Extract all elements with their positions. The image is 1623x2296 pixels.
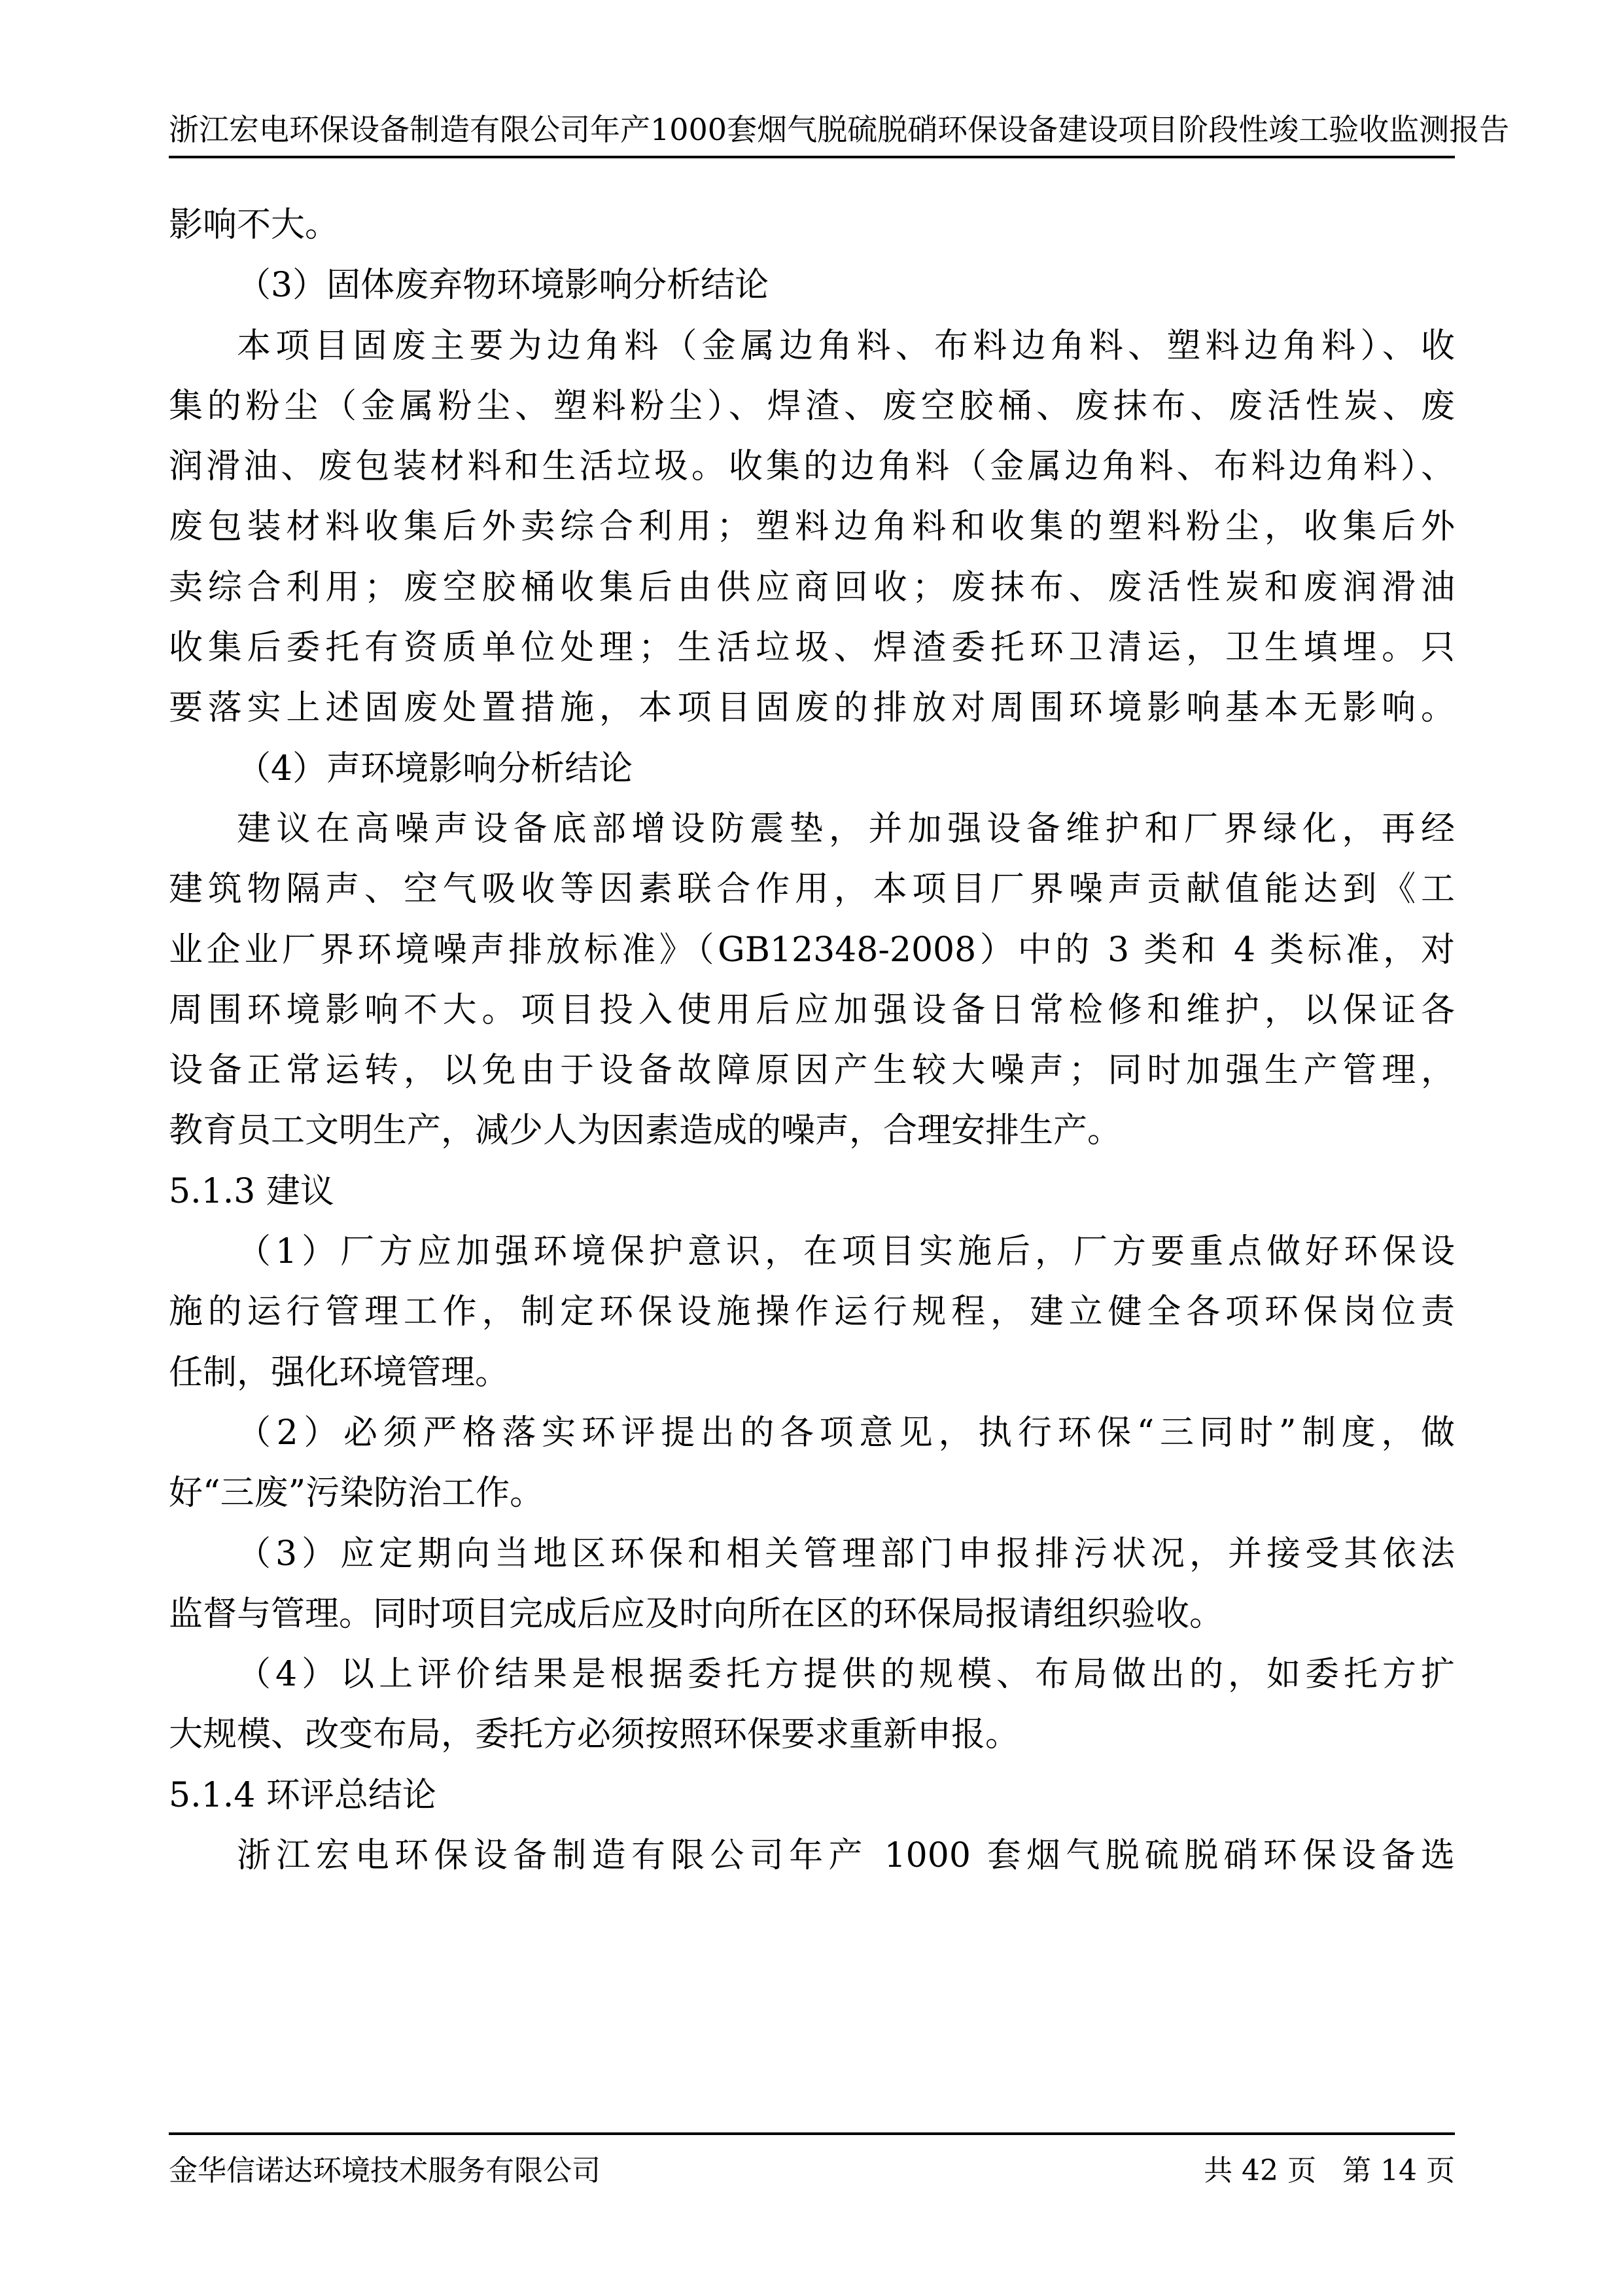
current-page: 第 14 页 (1342, 2154, 1455, 2187)
body-line: 浙江宏电环保设备制造有限公司年产 1000 套烟气脱硫脱硝环保设备选 (169, 1835, 1455, 1895)
body-line: 周围环境影响不大。项目投入使用后应加强设备日常检修和维护，以保证各 (169, 989, 1455, 1050)
section-subheading-solid-waste: （3）固体废弃物环境影响分析结论 (169, 264, 1455, 325)
section-heading-5-1-4: 5.1.4 环评总结论 (169, 1775, 1455, 1835)
body-line: 建议在高噪声设备底部增设防震垫，并加强设备维护和厂界绿化，再经 (169, 808, 1455, 868)
section-heading-5-1-3: 5.1.3 建议 (169, 1171, 1455, 1231)
body-line: （2）必须严格落实环评提出的各项意见，执行环保“三同时”制度，做 (169, 1412, 1455, 1472)
body-line: 废包装材料收集后外卖综合利用；塑料边角料和收集的塑料粉尘，收集后外 (169, 506, 1455, 566)
section-subheading-noise: （4）声环境影响分析结论 (169, 748, 1455, 808)
body-line: （1）厂方应加强环境保护意识，在项目实施后，厂方要重点做好环保设 (169, 1231, 1455, 1291)
page-header-title: 浙江宏电环保设备制造有限公司年产1000套烟气脱硫脱硝环保设备建设项目阶段性竣工… (169, 110, 1455, 149)
footer-company-name: 金华信诺达环境技术服务有限公司 (169, 2153, 601, 2189)
page-number: 共 42 页第 14 页 (1204, 2153, 1455, 2189)
body-line: 教育员工文明生产，减少人为因素造成的噪声，合理安排生产。 (169, 1110, 1455, 1170)
body-line: 集的粉尘（金属粉尘、塑料粉尘）、焊渣、废空胶桶、废抹布、废活性炭、废 (169, 385, 1455, 446)
body-line: （4）以上评价结果是根据委托方提供的规模、布局做出的，如委托方扩 (169, 1653, 1455, 1714)
footer-divider (169, 2132, 1455, 2135)
body-line: （3）应定期向当地区环保和相关管理部门申报排污状况，并接受其依法 (169, 1533, 1455, 1593)
body-line: 影响不大。 (169, 204, 1455, 264)
body-line: 业企业厂界环境噪声排放标准》（GB12348-2008）中的 3 类和 4 类标… (169, 929, 1455, 989)
body-line: 大规模、改变布局，委托方必须按照环保要求重新申报。 (169, 1714, 1455, 1774)
header-divider (169, 156, 1455, 158)
body-line: 好“三废”污染防治工作。 (169, 1472, 1455, 1532)
total-pages: 共 42 页 (1204, 2154, 1316, 2187)
body-line: 监督与管理。同时项目完成后应及时向所在区的环保局报请组织验收。 (169, 1593, 1455, 1653)
body-line: 收集后委托有资质单位处理；生活垃圾、焊渣委托环卫清运，卫生填埋。只 (169, 627, 1455, 687)
body-line: 本项目固废主要为边角料（金属边角料、布料边角料、塑料边角料）、收 (169, 325, 1455, 385)
body-line: 任制，强化环境管理。 (169, 1352, 1455, 1412)
body-line: 卖综合利用；废空胶桶收集后由供应商回收；废抹布、废活性炭和废润滑油 (169, 567, 1455, 627)
body-line: 建筑物隔声、空气吸收等因素联合作用，本项目厂界噪声贡献值能达到《工 (169, 868, 1455, 928)
body-line: 施的运行管理工作，制定环保设施操作运行规程，建立健全各项环保岗位责 (169, 1291, 1455, 1351)
body-line: 润滑油、废包装材料和生活垃圾。收集的边角料（金属边角料、布料边角料）、 (169, 446, 1455, 506)
body-line: 设备正常运转，以免由于设备故障原因产生较大噪声；同时加强生产管理， (169, 1050, 1455, 1110)
body-line: 要落实上述固废处置措施，本项目固废的排放对周围环境影响基本无影响。 (169, 687, 1455, 747)
document-body: 影响不大。 （3）固体废弃物环境影响分析结论 本项目固废主要为边角料（金属边角料… (169, 204, 1455, 1895)
